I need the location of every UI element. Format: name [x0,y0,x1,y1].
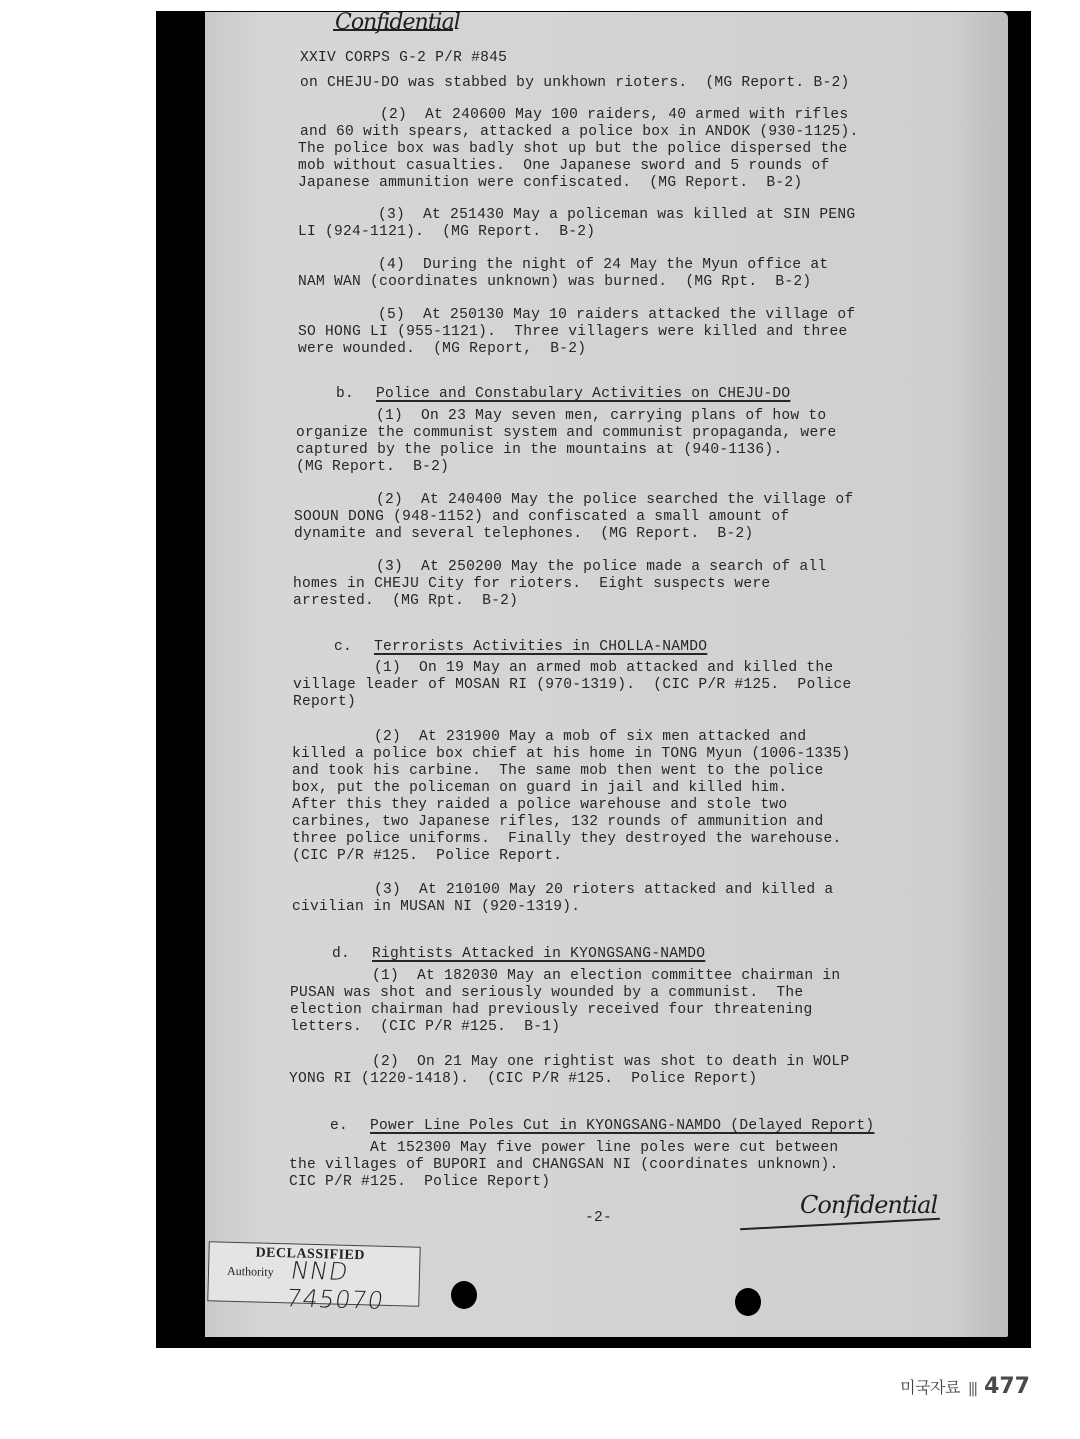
text-line: (2) At 231900 May a mob of six men attac… [374,729,806,746]
text-line: (3) At 251430 May a policeman was killed… [378,207,855,224]
text-line: Report) [293,694,356,711]
text-line: (2) At 240600 May 100 raiders, 40 armed … [380,107,848,124]
text-line: three police uniforms. Finally they dest… [292,831,841,848]
text-line: and 60 with spears, attacked a police bo… [300,124,858,141]
text-line: After this they raided a police warehous… [292,797,787,814]
text-line: (3) At 250200 May the police made a sear… [376,559,826,576]
text-line: (2) On 21 May one rightist was shot to d… [372,1054,849,1071]
text-line: YONG RI (1220-1418). (CIC P/R #125. Poli… [289,1071,757,1088]
text-line: captured by the police in the mountains … [296,442,782,459]
text-line: (1) On 23 May seven men, carrying plans … [376,408,826,425]
section-letter: e. [330,1118,348,1135]
typed-text: Confidential XXIV CORPS G-2 P/R #845 on … [205,12,1008,1337]
text-line: civilian in MUSAN NI (920-1319). [292,899,580,916]
stamp-authority-label: Authority [227,1264,274,1280]
text-line: and took his carbine. The same mob then … [292,763,823,780]
footer-page-number: 477 [984,1374,1030,1399]
text-line: village leader of MOSAN RI (970-1319). (… [293,677,851,694]
text-line: CIC P/R #125. Police Report) [289,1174,550,1191]
text-line: dynamite and several telephones. (MG Rep… [294,526,753,543]
section-letter: c. [334,639,352,656]
section-title: Power Line Poles Cut in KYONGSANG-NAMDO … [370,1118,874,1135]
text-line: LI (924-1121). (MG Report. B-2) [298,224,595,241]
stamp-authority-value: NND 745070 [284,1256,423,1315]
text-line: arrested. (MG Rpt. B-2) [293,593,518,610]
text-line: Japanese ammunition were confiscated. (M… [298,175,802,192]
text-line: (1) At 182030 May an election committee … [372,968,840,985]
classification-bottom: Confidential [800,1197,937,1214]
text-line: The police box was badly shot up but the… [298,141,847,158]
punch-hole-right [735,1288,761,1316]
text-line: (5) At 250130 May 10 raiders attacked th… [378,307,855,324]
text-line: (2) At 240400 May the police searched th… [376,492,853,509]
text-line: box, put the policeman on guard in jail … [292,780,787,797]
strike-line-bottom [740,1218,940,1230]
text-line: election chairman had previously receive… [290,1002,812,1019]
text-line: SOOUN DONG (948-1152) and confiscated a … [294,509,789,526]
text-line: (3) At 210100 May 20 rioters attacked an… [374,882,833,899]
text-line: letters. (CIC P/R #125. B-1) [290,1019,560,1036]
text-line: NAM WAN (coordinates unknown) was burned… [298,274,811,291]
text-line: homes in CHEJU City for rioters. Eight s… [293,576,770,593]
text-line: PUSAN was shot and seriously wounded by … [290,985,803,1002]
text-line: organize the communist system and commun… [296,425,836,442]
document-header: XXIV CORPS G-2 P/R #845 [300,50,507,67]
section-title: Police and Constabulary Activities on CH… [376,386,790,403]
punch-hole-left [451,1281,477,1309]
page-number: -2- [585,1210,612,1227]
text-line: mob without casualties. One Japanese swo… [298,158,829,175]
footer-section-label: 미국자료 [900,1375,960,1398]
text-line: the villages of BUPORI and CHANGSAN NI (… [289,1157,838,1174]
declassified-stamp: DECLASSIFIED Authority NND 745070 [207,1241,420,1307]
text-line: (MG Report. B-2) [296,459,449,476]
section-title: Terrorists Activities in CHOLLA-NAMDO [374,639,707,656]
text-line: were wounded. (MG Report, B-2) [298,341,586,358]
document-page: Confidential XXIV CORPS G-2 P/R #845 on … [205,12,1008,1337]
text-line: At 152300 May five power line poles were… [370,1140,838,1157]
text-line: killed a police box chief at his home in… [292,746,850,763]
section-letter: d. [332,946,350,963]
footer-separator: ||| [968,1381,976,1397]
text-line: (CIC P/R #125. Police Report. [292,848,562,865]
section-letter: b. [336,386,354,403]
text-line: carbines, two Japanese rifles, 132 round… [292,814,823,831]
text-line: (1) On 19 May an armed mob attacked and … [374,660,833,677]
page-footer: 미국자료 ||| 477 [900,1374,1030,1399]
text-line: (4) During the night of 24 May the Myun … [378,257,828,274]
text-line: SO HONG LI (955-1121). Three villagers w… [298,324,847,341]
text-line: on CHEJU-DO was stabbed by unkhown riote… [300,75,849,92]
strike-line-top [333,29,453,31]
section-title: Rightists Attacked in KYONGSANG-NAMDO [372,946,705,963]
